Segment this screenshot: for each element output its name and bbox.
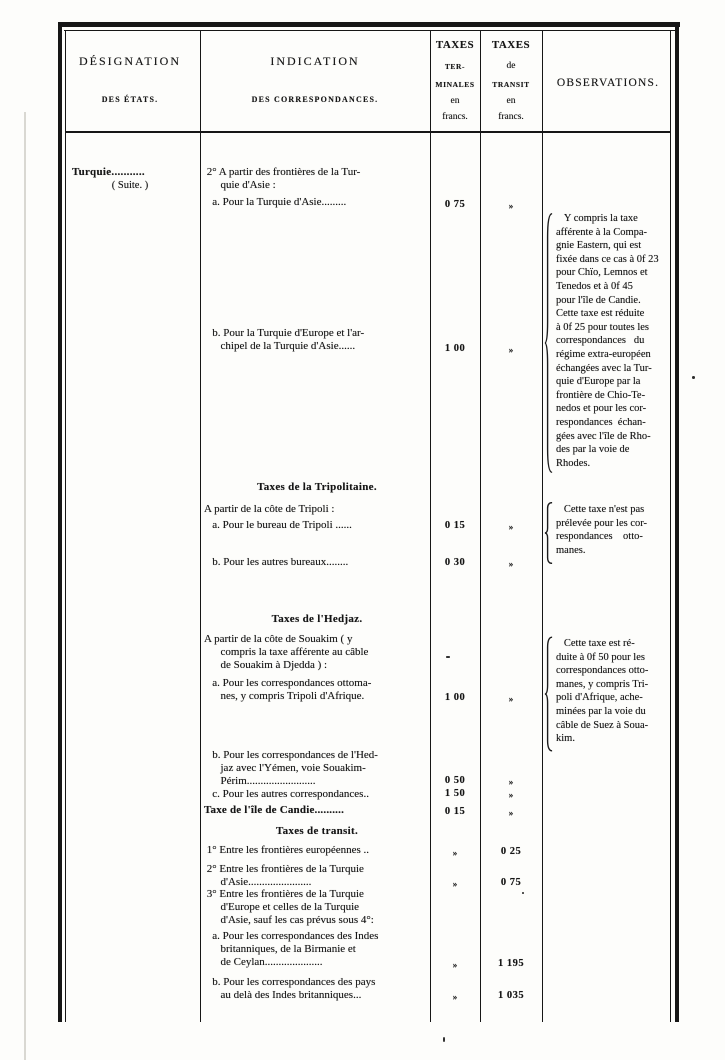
indication-entry: 1° Entre les frontières européennes .. <box>204 844 430 857</box>
header-indication-title: INDICATION <box>200 54 430 69</box>
ditto-mark: » <box>480 201 542 211</box>
ditto-mark: » <box>480 345 542 355</box>
ditto-mark: » <box>480 808 542 818</box>
tax-value-transit: 1 195 <box>480 958 542 969</box>
header-indication-sub: DES CORRESPONDANCES. <box>200 95 430 104</box>
indication-entry: A partir de la côte de Tripoli : <box>204 503 430 516</box>
indication-entry: A partir de la côte de Souakim ( y compr… <box>204 633 430 673</box>
indication-entry: a. Pour la Turquie d'Asie......... <box>204 196 430 209</box>
header-taxes-terminales: TAXES <box>430 39 480 51</box>
tax-value-terminale: 0 50 <box>430 775 480 786</box>
section-heading-hedjaz: Taxes de l'Hedjaz. <box>204 613 430 626</box>
tax-value-transit: 1 035 <box>480 990 542 1001</box>
header-taxes-transit: TRANSIT <box>480 80 542 89</box>
column-divider <box>200 31 201 1022</box>
ditto-mark: » <box>430 960 480 970</box>
header-designation-title: DÉSIGNATION <box>60 54 200 69</box>
section-heading-transit: Taxes de transit. <box>204 825 430 838</box>
tax-value-terminale: 1 00 <box>430 692 480 703</box>
observation-note: Y compris la taxe afférente à la Compa- … <box>556 212 672 470</box>
indication-entry: a. Pour les correspondances des Indes br… <box>204 930 430 970</box>
section-heading-tripolitaine: Taxes de la Tripolitaine. <box>204 481 430 494</box>
header-taxes-transit: de <box>480 61 542 71</box>
header-taxes-transit: en <box>480 96 542 106</box>
indication-entry: b. Pour les correspondances de l'Hed- ja… <box>204 749 430 789</box>
brace-icon <box>544 211 553 475</box>
ditto-mark: » <box>480 790 542 800</box>
indication-entry: 3° Entre les frontières de la Turquie d'… <box>204 888 430 928</box>
ditto-mark: » <box>430 848 480 858</box>
state-name: Turquie........... <box>72 166 145 178</box>
scan-speck <box>692 376 695 379</box>
header-designation-sub: DES ÉTATS. <box>60 95 200 104</box>
header-observations: OBSERVATIONS. <box>542 77 674 89</box>
ditto-mark: » <box>430 992 480 1002</box>
scanned-tariff-page: DÉSIGNATION DES ÉTATS. INDICATION DES CO… <box>0 0 725 1060</box>
observation-note: Cette taxe est ré- duite à 0f 50 pour le… <box>556 637 672 746</box>
brace-icon <box>544 636 553 752</box>
indication-entry: 2° Entre les frontières de la Turquie d'… <box>204 863 430 889</box>
tax-value-terminale: 1 00 <box>430 343 480 354</box>
header-taxes-terminales: TER- <box>430 62 480 71</box>
ditto-mark: » <box>430 879 480 889</box>
state-suite: ( Suite. ) <box>70 180 190 191</box>
observation-note: Cette taxe n'est pas prélevée pour les c… <box>556 503 672 557</box>
tax-value-transit: 0 75 <box>480 877 542 888</box>
tax-value-terminale: 1 50 <box>430 788 480 799</box>
table-border-top-thin <box>64 30 676 31</box>
header-taxes-transit: francs. <box>480 112 542 122</box>
tax-value-terminale: 0 75 <box>430 199 480 210</box>
page-edge-line <box>24 112 26 1060</box>
indication-entry: a. Pour les correspondances ottoma- nes,… <box>204 677 430 703</box>
candie-row: Taxe de l'île de Candie.......... <box>204 804 430 817</box>
indication-entry: b. Pour les correspondances des pays au … <box>204 976 430 1002</box>
header-taxes-terminales: francs. <box>430 112 480 122</box>
brace-icon <box>544 502 553 564</box>
table-border-top-thick <box>58 22 680 27</box>
tax-value-terminale: 0 15 <box>430 806 480 817</box>
header-taxes-terminales: en <box>430 96 480 106</box>
tax-value-terminale: 0 15 <box>430 520 480 531</box>
scan-speck <box>522 892 524 894</box>
ditto-mark: » <box>480 694 542 704</box>
indication-entry: c. Pour les autres correspondances.. <box>204 788 430 801</box>
indication-entry: 2° A partir des frontières de la Tur- qu… <box>204 166 430 192</box>
table-border-left-thin <box>65 30 66 1022</box>
header-underline <box>66 131 670 133</box>
table-border-right-thick <box>675 22 680 1022</box>
indication-entry: b. Pour les autres bureaux........ <box>204 556 430 569</box>
indication-entry: a. Pour le bureau de Tripoli ...... <box>204 519 430 532</box>
indication-entry: b. Pour la Turquie d'Europe et l'ar- chi… <box>204 327 430 353</box>
ditto-mark: » <box>480 559 542 569</box>
scan-speck <box>446 656 450 658</box>
ditto-mark: » <box>480 777 542 787</box>
ditto-mark: » <box>480 522 542 532</box>
tax-value-transit: 0 25 <box>480 846 542 857</box>
table-border-left-thick <box>58 22 62 1022</box>
scan-speck <box>443 1037 445 1042</box>
header-taxes-transit: TAXES <box>480 39 542 51</box>
tax-value-terminale: 0 30 <box>430 557 480 568</box>
header-taxes-terminales: MINALES <box>430 80 480 89</box>
